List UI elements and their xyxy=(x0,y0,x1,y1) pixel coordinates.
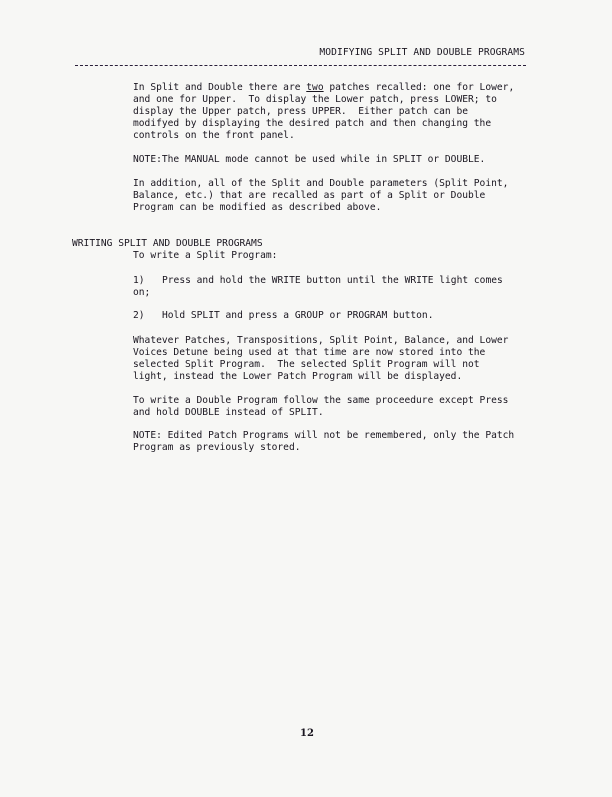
stored-paragraph: Whatever Patches, Transpositions, Split … xyxy=(133,335,553,383)
double-program-paragraph: To write a Double Program follow the sam… xyxy=(133,395,553,419)
step-number: 1) xyxy=(133,275,162,287)
running-header: MODIFYING SPLIT AND DOUBLE PROGRAMS xyxy=(319,47,525,58)
intro-text-pre: In Split and Double there are xyxy=(133,82,306,93)
step-text: Hold SPLIT and press a GROUP or PROGRAM … xyxy=(162,310,433,321)
section-heading: WRITING SPLIT AND DOUBLE PROGRAMS xyxy=(72,238,263,250)
step-text-continued: on; xyxy=(133,287,150,298)
document-page: MODIFYING SPLIT AND DOUBLE PROGRAMS In S… xyxy=(0,0,612,797)
intro-paragraph: In Split and Double there are two patche… xyxy=(133,82,553,142)
page-number: 12 xyxy=(300,728,314,739)
step-text: Press and hold the WRITE button until th… xyxy=(162,275,503,286)
step-number: 2) xyxy=(133,310,162,322)
step-2: 2)Hold SPLIT and press a GROUP or PROGRA… xyxy=(133,310,553,322)
manual-mode-note: NOTE:The MANUAL mode cannot be used whil… xyxy=(133,154,553,166)
split-lead-text: To write a Split Program: xyxy=(133,250,553,262)
parameters-paragraph: In addition, all of the Split and Double… xyxy=(133,178,553,214)
intro-text-post: patches recalled: one for Lower, xyxy=(324,82,515,93)
intro-text-rest: and one for Upper. To display the Lower … xyxy=(133,94,497,141)
step-1: 1)Press and hold the WRITE button until … xyxy=(133,275,553,299)
header-dashed-rule xyxy=(75,65,526,66)
edited-patch-note: NOTE: Edited Patch Programs will not be … xyxy=(133,430,553,454)
emphasis-two: two xyxy=(306,82,323,93)
